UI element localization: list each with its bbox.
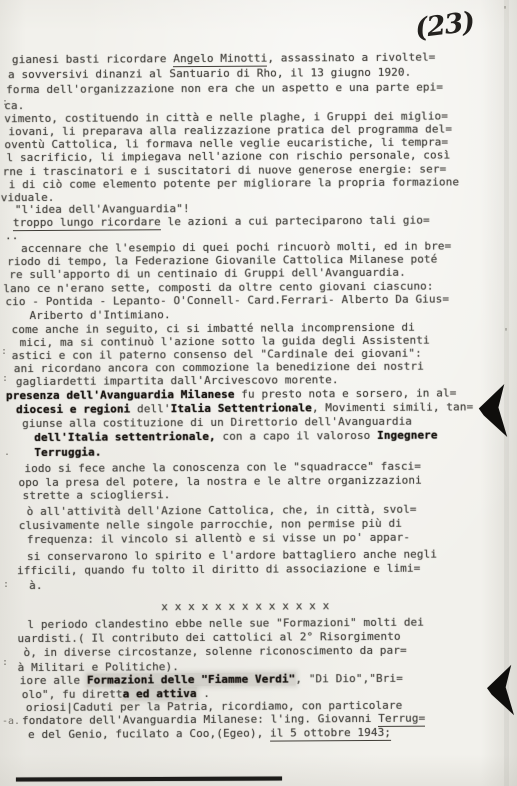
text-segment: le azioni a cui parteciparono tali gio= <box>161 214 430 229</box>
text-line: presenza dell'Avanguardia Milanese fu pr… <box>6 386 457 402</box>
text-segment: gianesi basti ricordare <box>12 52 173 66</box>
text-line: iore alle Formazioni delle "Fiamme Verdi… <box>20 672 403 687</box>
margin-mark: : <box>3 580 9 590</box>
text-line: ani ricordano ancora con commozione la b… <box>14 360 424 376</box>
text-segment: à Militari e Politiche). <box>18 660 179 674</box>
text-segment: uardisti.( Il contributo dei cattolici a… <box>17 630 400 645</box>
left-arrow-icon <box>487 660 515 720</box>
text-line: l periodo clandestino ebbe nelle sue "Fo… <box>27 616 424 631</box>
text-segment: fu presto nota e sorsero, in al= <box>235 386 457 400</box>
text-segment: con a capo il valoroso <box>216 429 377 443</box>
text-line: iodo si fece anche la conoscenza con le … <box>24 460 421 475</box>
emphasized-text: Terruggia. <box>34 446 101 459</box>
text-line: re sull'apporto di un centinaio di Grupp… <box>9 266 406 281</box>
underlined-text: il 5 ottobre 1943; <box>270 726 391 741</box>
text-line: ò, in diverse circostanze, solenne ricon… <box>24 644 407 659</box>
text-segment: ò all'attività dell'Azione Cattolica, ch… <box>27 503 417 518</box>
text-segment: re sull'apporto di un centinaio di Grupp… <box>9 266 406 281</box>
emphasized-text: presenza dell'Avanguardia Milanese <box>6 388 235 402</box>
text-line: gagliardetti impartita dall'Arcivescovo … <box>16 373 339 388</box>
underlined-text: Terrug= <box>378 712 425 727</box>
text-line: diocesi e regioni dell'Italia Settentrio… <box>16 400 473 416</box>
text-segment: cio - Pontida - Lepanto- O'Connell- Card… <box>5 292 449 308</box>
margin-mark: . <box>4 448 10 458</box>
text-segment: clusivamente nelle singole parrocchie, n… <box>19 517 402 532</box>
text-segment: olo", fu dirett <box>22 688 123 702</box>
text-line: fondatore dell'Avanguardia Milanese: l'i… <box>22 712 425 727</box>
text-line: strette a sciogliersi. <box>23 488 171 502</box>
emphasized-text: diocesi e regioni <box>16 402 130 416</box>
text-line: forma dell'organizzazione non era che un… <box>6 81 443 97</box>
text-line: .. <box>5 229 19 242</box>
text-segment: strette a sciogliersi. <box>23 488 171 502</box>
text-segment: x x x x x x x x x x x x x <box>161 599 329 613</box>
left-arrow-icon <box>478 383 509 438</box>
text-line: "l'idea dell'Avanguardia"! <box>15 202 190 216</box>
text-segment: forma dell'organizzazione non era che un… <box>6 81 443 97</box>
text-line: l sacrificio, li impiegava nell'azione c… <box>6 148 450 164</box>
text-segment: iore alle <box>20 674 87 687</box>
text-segment: giunse alla costituzione di un Direttori… <box>22 415 412 430</box>
text-segment: e del Genio, fucilato a Coo,(Egeo), <box>28 727 270 741</box>
text-line: i di ciò come elemento potente per migli… <box>9 175 459 191</box>
underlined-text: Angelo Minotti <box>173 52 267 67</box>
margin-mark: -a. <box>2 717 20 727</box>
emphasized-text: dell'Italia settentrionale, <box>34 430 216 444</box>
text-line: gianesi basti ricordare Angelo Minotti, … <box>12 51 436 67</box>
text-segment: opo la presa del potere, la nostra e le … <box>18 474 421 489</box>
text-line: x x x x x x x x x x x x x <box>161 599 329 613</box>
text-segment: gagliardetti impartita dall'Arcivescovo … <box>16 373 339 388</box>
text-line: Ariberto d'Intimiano. <box>29 308 170 322</box>
text-segment: , "Di Dio","Bri= <box>295 672 403 686</box>
text-line: a sovversivi dinanzi al Santuario di Rho… <box>8 66 411 81</box>
text-segment: frequenza: il vincolo si allentò e si vi… <box>27 531 410 546</box>
text-line: uardisti.( Il contributo dei cattolici a… <box>17 630 400 645</box>
text-segment: ò, in diverse circostanze, solenne ricon… <box>24 644 407 659</box>
margin-mark: : <box>2 374 8 384</box>
text-segment: à. <box>29 579 43 592</box>
text-line: giunse alla costituzione di un Direttori… <box>22 415 412 430</box>
margin-mark: : <box>2 98 8 108</box>
text-segment: l periodo clandestino ebbe nelle sue "Fo… <box>27 616 424 631</box>
text-line: à Militari e Politiche). <box>18 660 179 674</box>
text-layer: gianesi basti ricordare Angelo Minotti, … <box>0 0 517 786</box>
emphasized-text: a ed attiva <box>123 687 197 700</box>
document-page: (23) gianesi basti ricordare Angelo Mino… <box>0 0 517 786</box>
text-line: si conservarono lo spirito e l'ardore ba… <box>27 548 437 564</box>
text-line: ifficili, quando fu tolto il diritto di … <box>17 562 420 577</box>
text-line: clusivamente nelle singole parrocchie, n… <box>19 517 402 532</box>
emphasized-text: Italia Settentrionale <box>171 401 312 415</box>
text-segment: l sacrificio, li impiegava nell'azione c… <box>6 148 450 164</box>
margin-mark: : <box>2 658 8 668</box>
text-segment: , Movimenti simili, tan= <box>312 400 473 414</box>
text-line: olo", fu diretta ed attiva . <box>22 687 210 701</box>
emphasized-text: Ingegnere <box>377 429 438 442</box>
text-segment: fondatore dell'Avanguardia Milanese: l'i… <box>22 712 378 727</box>
margin-mark: ' <box>502 6 508 16</box>
text-line: cio - Pontida - Lepanto- O'Connell- Card… <box>5 292 449 308</box>
text-segment: "l'idea dell'Avanguardia"! <box>15 202 190 216</box>
text-line: opo la presa del potere, la nostra e le … <box>18 474 421 489</box>
text-segment: dell' <box>130 402 170 415</box>
text-line: à. <box>29 579 43 592</box>
text-segment: . <box>197 687 211 700</box>
text-segment: i di ciò come elemento potente per migli… <box>9 175 459 191</box>
text-line: troppo lungo ricordare le azioni a cui p… <box>13 214 430 230</box>
text-line: ò all'attività dell'Azione Cattolica, ch… <box>27 503 417 518</box>
text-segment: iodo si fece anche la conoscenza con le … <box>24 460 421 475</box>
text-segment: Ariberto d'Intimiano. <box>29 308 170 322</box>
text-segment: ifficili, quando fu tolto il diritto di … <box>17 562 420 577</box>
text-segment: .. <box>5 229 19 242</box>
text-line: dell'Italia settentrionale, con a capo i… <box>34 429 437 444</box>
margin-mark: : <box>1 347 7 357</box>
text-line: Terruggia. <box>34 446 101 459</box>
margin-mark: ' <box>503 328 509 338</box>
text-line: frequenza: il vincolo si allentò e si vi… <box>27 531 410 546</box>
text-line: e del Genio, fucilato a Coo,(Egeo), il 5… <box>28 726 391 741</box>
text-segment: ani ricordano ancora con commozione la b… <box>14 360 424 376</box>
text-segment: a sovversivi dinanzi al Santuario di Rho… <box>8 66 411 81</box>
underlined-text: troppo lungo ricordare <box>13 215 161 230</box>
text-segment: , assassinato a rivoltel= <box>267 51 435 65</box>
emphasized-text: Formazioni delle "Fiamme Verdi" <box>87 672 295 686</box>
text-segment: si conservarono lo spirito e l'ardore ba… <box>27 548 437 564</box>
